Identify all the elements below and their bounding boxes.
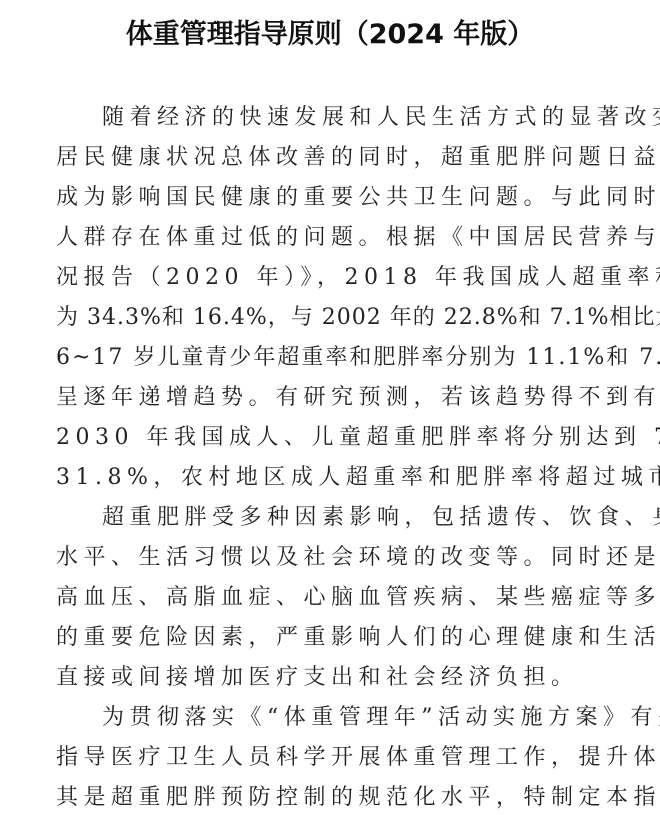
text-line: 的重要危险因素，严重影响人们的心理健康和生活质量，并 — [56, 618, 612, 658]
document-body: 随着经济的快速发展和人民生活方式的显著改变，我国 居民健康状况总体改善的同时，超… — [56, 98, 612, 815]
text-line: 居民健康状况总体改善的同时，超重肥胖问题日益突出，已 — [56, 138, 612, 178]
document-page: 体重管理指导原则（2024 年版） 随着经济的快速发展和人民生活方式的显著改变，… — [0, 0, 660, 815]
text-line: 31.8%，农村地区成人超重率和肥胖率将超过城市地区。 — [56, 458, 612, 498]
text-line: 水平、生活习惯以及社会环境的改变等。同时还是糖尿病、 — [56, 538, 612, 578]
text-line: 2030 年我国成人、儿童超重肥胖率将分别达到 70.5%和 — [56, 418, 612, 458]
text-line: 直接或间接增加医疗支出和社会经济负担。 — [56, 658, 612, 698]
paragraph-risk-factors: 超重肥胖受多种因素影响，包括遗传、饮食、身体活动 水平、生活习惯以及社会环境的改… — [56, 498, 612, 698]
text-line: 6~17 岁儿童青少年超重率和肥胖率分别为 11.1%和 7.9%，并 — [56, 338, 612, 378]
paragraph-purpose: 为贯彻落实《“体重管理年”活动实施方案》有关要求， 指导医疗卫生人员科学开展体重… — [56, 698, 612, 815]
text-line: 人群存在体重过低的问题。根据《中国居民营养与慢性病状 — [56, 218, 612, 258]
text-line: 呈逐年递增趋势。有研究预测，若该趋势得不到有效遏制， — [56, 378, 612, 418]
text-line: 指导医疗卫生人员科学开展体重管理工作，提升体重管理尤 — [56, 738, 612, 778]
text-line: 为 34.3%和 16.4%，与 2002 年的 22.8%和 7.1%相比大幅… — [56, 298, 612, 338]
text-line: 其是超重肥胖预防控制的规范化水平，特制定本指导原则。 — [56, 778, 612, 815]
text-line: 超重肥胖受多种因素影响，包括遗传、饮食、身体活动 — [56, 498, 612, 538]
text-line: 成为影响国民健康的重要公共卫生问题。与此同时，少部分 — [56, 178, 612, 218]
text-line: 为贯彻落实《“体重管理年”活动实施方案》有关要求， — [56, 698, 612, 738]
text-line: 高血压、高脂血症、心脑血管疾病、某些癌症等多种慢性病 — [56, 578, 612, 618]
document-title: 体重管理指导原则（2024 年版） — [0, 16, 660, 54]
text-line: 随着经济的快速发展和人民生活方式的显著改变，我国 — [56, 98, 612, 138]
text-line: 况报告（2020 年）》，2018 年我国成人超重率和肥胖率分别 — [56, 258, 612, 298]
paragraph-background: 随着经济的快速发展和人民生活方式的显著改变，我国 居民健康状况总体改善的同时，超… — [56, 98, 612, 498]
